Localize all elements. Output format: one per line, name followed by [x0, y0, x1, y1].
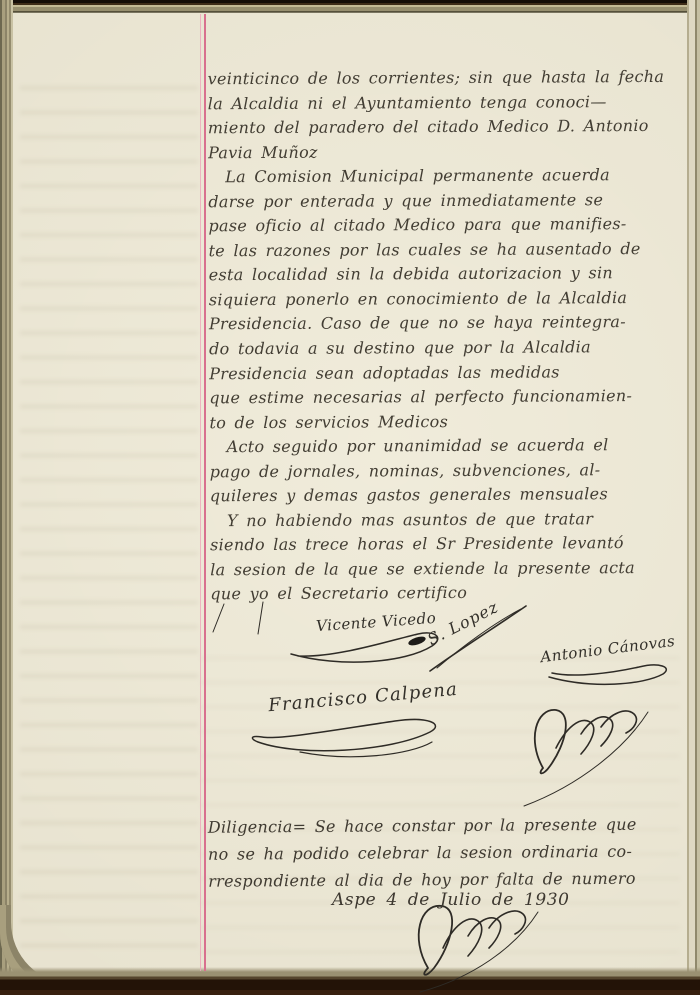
- manuscript-line: Y no habiendo mas asuntos de que tratar: [210, 507, 697, 534]
- manuscript-line: to de los servicios Medicos: [209, 408, 696, 435]
- manuscript-line: Diligencia= Se hace constar por la prese…: [208, 810, 696, 840]
- acta-body-text: veinticinco de los corrientes; sin que h…: [208, 65, 698, 608]
- signature-vicente-vicedo: Vicente Vicedo: [316, 609, 437, 635]
- manuscript-line: que yo el Secretario certifico: [210, 580, 697, 607]
- manuscript-line: te las razones por las cuales se ha ause…: [208, 237, 695, 264]
- book-binding-bottom-edge: [0, 963, 700, 995]
- page-stack-left-edge: [0, 0, 16, 995]
- signature-antonio-canovas: Antonio Cánovas: [539, 632, 676, 666]
- manuscript-line: veinticinco de los corrientes; sin que h…: [208, 65, 695, 92]
- manuscript-line: La Comision Municipal permanente acuerda: [208, 163, 695, 190]
- manuscript-line: la sesion de la que se extiende la prese…: [210, 556, 697, 583]
- margin-rule-line: [204, 14, 206, 971]
- manuscript-line: quileres y demas gastos generales mensua…: [210, 482, 697, 509]
- manuscript-line: pase oficio al citado Medico para que ma…: [208, 212, 695, 239]
- signature-francisco-calpena: Francisco Calpena: [267, 679, 458, 717]
- manuscript-line: Presidencia. Caso de que no se haya rein…: [209, 310, 696, 337]
- manuscript-line: siendo las trece horas el Sr Presidente …: [210, 531, 697, 558]
- date-place-line: Aspe 4 de Julio de 1930: [332, 890, 570, 910]
- margin-rule-line: [200, 14, 201, 971]
- manuscript-line: darse por enterada y que inmediatamente …: [208, 187, 695, 214]
- manuscript-scan-page: veinticinco de los corrientes; sin que h…: [0, 0, 700, 995]
- manuscript-line: Pavia Muñoz: [208, 138, 695, 165]
- manuscript-line: esta localidad sin la debida autorizacio…: [209, 261, 696, 288]
- manuscript-line: miento del paradero del citado Medico D.…: [208, 114, 695, 141]
- manuscript-line: la Alcaldia ni el Ayuntamiento tenga con…: [208, 89, 695, 116]
- ink-blot: [407, 635, 426, 647]
- book-binding-top-edge: [0, 0, 700, 14]
- manuscript-line: Acto seguido por unanimidad se acuerda e…: [210, 433, 697, 460]
- bleed-through-texture: [20, 70, 198, 950]
- manuscript-line: pago de jornales, nominas, subvenciones,…: [210, 457, 697, 484]
- manuscript-line: que estime necesarias al perfecto funcio…: [209, 384, 696, 411]
- manuscript-line: siquiera ponerlo en conocimiento de la A…: [209, 286, 696, 313]
- manuscript-line: Presidencia sean adoptadas las medidas: [209, 359, 696, 386]
- diligencia-note: Diligencia= Se hace constar por la prese…: [208, 810, 697, 894]
- manuscript-line: no se ha podido celebrar la sesion ordin…: [208, 837, 696, 867]
- manuscript-line: do todavia a su destino que por la Alcal…: [209, 335, 696, 362]
